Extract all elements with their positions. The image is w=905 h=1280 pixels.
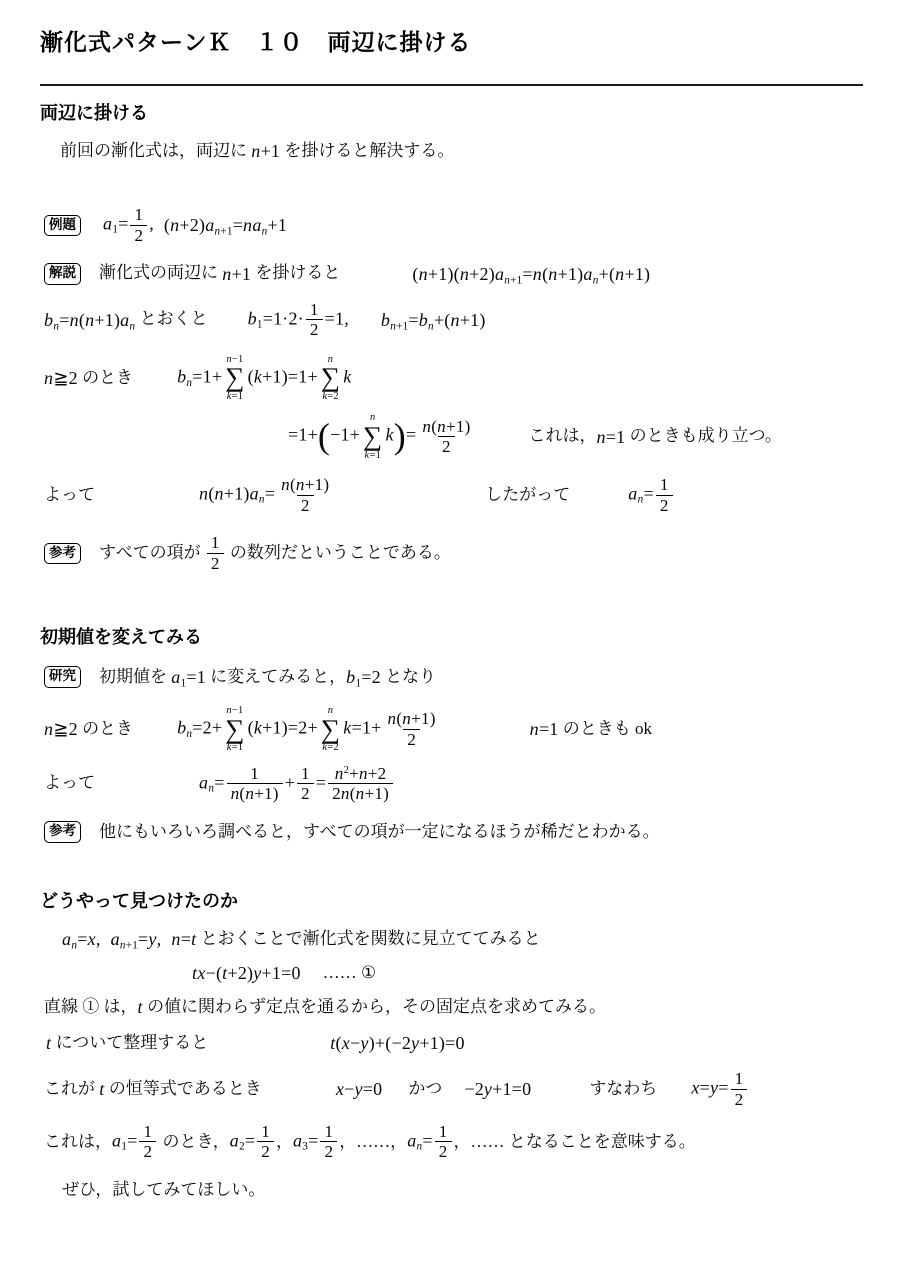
conclusion-line-2: よってan=1n(n+1)+12=n2+n+22n(n+1) (44, 764, 865, 804)
spacer (570, 495, 628, 496)
spacer (154, 225, 164, 226)
math-expression: a1=12, (103, 205, 154, 245)
spacer (133, 729, 177, 730)
spacer (208, 319, 248, 320)
spacer (81, 677, 99, 678)
spacer (95, 783, 199, 784)
spacer (442, 1089, 464, 1090)
text-run: ，…… となることを意味する。 (454, 1130, 696, 1155)
intro-line: 前回の漸化式は，両辺に n+1 を掛けると解決する。 (60, 137, 865, 165)
math-expression: n=1 (530, 716, 559, 742)
text-run: 漸化式の両辺に (99, 261, 222, 286)
math-expression: a1=12 (112, 1122, 158, 1162)
math-expression: an=1n(n+1)+12=n2+n+22n(n+1) (199, 764, 395, 804)
text-run: の恒等式であるとき (105, 1077, 262, 1102)
math-expression: (n+1)(n+2)an+1=n(n+1)an+(n+1) (412, 261, 650, 287)
text-run: の数列だということである。 (226, 541, 451, 566)
spacer (101, 939, 111, 940)
math-expression: b1=1·2·12=1, (248, 300, 349, 340)
math-expression: −2y+1=0 (464, 1076, 531, 1102)
math-expression: an+1=y, (111, 926, 162, 952)
text-run: を掛けると (251, 261, 340, 286)
text-run: のときも ok (559, 717, 653, 742)
text-run: のときも成り立つ。 (625, 424, 782, 449)
sum-derivation-line-2: =1+(−1+n∑k=1k)=n(n+1)2これは，n=1 のときも成り立つ。 (288, 412, 865, 461)
spacer (301, 973, 323, 974)
closing-line: ぜひ，試してみてほしい。 (62, 1176, 865, 1204)
math-expression: n≧2 (44, 716, 78, 742)
page-title: 漸化式パターンＫ １０ 両辺に掛ける (40, 28, 865, 58)
spacer (335, 495, 485, 496)
explanation-label: 解説 (44, 263, 81, 285)
math-expression: n≧2 (44, 365, 78, 391)
text-run: ， (276, 1130, 293, 1155)
reference-line-1: 参考すべての項が 12 の数列だということである。 (44, 533, 865, 573)
spacer (81, 553, 99, 554)
document-body: 両辺に掛ける前回の漸化式は，両辺に n+1 を掛けると解決する。例題a1=12,… (40, 102, 865, 1204)
function-setup-line: an=x,an+1=y,n=t とおくことで漸化式を関数に見立ててみると (62, 925, 865, 953)
reference-line-2: 参考他にもいろいろ調べると，すべての項が一定になるほうが稀だとわかる。 (44, 818, 865, 846)
math-expression: n+1 (222, 261, 251, 287)
text-run: 初期値を (99, 665, 171, 690)
spacer (81, 273, 99, 274)
spacer (382, 1089, 408, 1090)
math-expression: bn+1=bn+(n+1) (381, 307, 486, 333)
math-expression: a3=12 (293, 1122, 339, 1162)
text-run: を掛けると解決する。 (280, 139, 454, 164)
research-line: 研究初期値を a1=1 に変えてみると，b1=2 となり (44, 663, 865, 691)
math-expression: x−y=0 (336, 1076, 383, 1102)
math-expression: (n+2)an+1=nan+1 (164, 212, 287, 238)
line-equation-1: tx−(t+2)y+1=0…… ① (192, 959, 865, 987)
example-line: 例題a1=12,(n+2)an+1=nan+1 (44, 205, 865, 245)
sum-derivation-line-3: n≧2 のときbn=2+n−1∑k=1(k+1)=2+n∑k=2k=1+n(n+… (44, 705, 865, 754)
text-run: に変えてみると， (206, 665, 346, 690)
text-run: 他にもいろいろ調べると，すべての項が一定になるほうが稀だとわかる。 (99, 820, 660, 845)
conclusion-line-1: よってn(n+1)an=n(n+1)2したがってan=12 (44, 475, 865, 515)
math-expression: bn=1+n−1∑k=1(k+1)=1+n∑k=2k (177, 354, 352, 403)
math-expression: n(n+1)an=n(n+1)2 (199, 475, 335, 515)
text-run: のとき， (158, 1130, 230, 1155)
math-expression: tx−(t+2)y+1=0 (192, 960, 301, 986)
text-run: とおくことで漸化式を関数に見立ててみると (196, 927, 540, 952)
spacer (340, 273, 412, 274)
meaning-line: これは，a1=12 のとき，a2=12，a3=12，……，an=12，…… とな… (44, 1122, 865, 1162)
text-run: のとき (78, 366, 133, 391)
spacer (262, 1089, 336, 1090)
document-page: 漸化式パターンＫ １０ 両辺に掛ける 両辺に掛ける前回の漸化式は，両辺に n+1… (0, 0, 905, 1280)
text-run: について整理すると (51, 1031, 208, 1056)
section-heading-how-found: どうやって見つけたのか (40, 890, 865, 913)
explanation-line: 解説漸化式の両辺に n+1 を掛けると(n+1)(n+2)an+1=n(n+1)… (44, 260, 865, 288)
spacer (208, 1043, 330, 1044)
identity-line: これが t の恒等式であるときx−y=0かつ−2y+1=0すなわちx=y=12 (44, 1069, 865, 1109)
text-run: よって (44, 771, 95, 796)
math-expression: =1+(−1+n∑k=1k)=n(n+1)2 (288, 412, 476, 461)
text-run: ，……， (339, 1130, 407, 1155)
reference-label: 参考 (44, 821, 81, 843)
spacer (657, 1089, 691, 1090)
spacer (442, 729, 530, 730)
reference-label: 参考 (44, 543, 81, 565)
math-expression: an=12 (628, 475, 674, 515)
spacer (81, 831, 99, 832)
math-expression: x=y=12 (691, 1069, 749, 1109)
text-run: …… ① (323, 961, 377, 986)
text-run: すべての項が (99, 541, 205, 566)
math-expression: a1=1 (171, 664, 206, 690)
math-expression: bn=n(n+1)an (44, 307, 135, 333)
text-run: 前回の漸化式は，両辺に (60, 139, 251, 164)
spacer (476, 436, 528, 437)
sum-derivation-line-1: n≧2 のときbn=1+n−1∑k=1(k+1)=1+n∑k=2k (44, 354, 865, 403)
research-label: 研究 (44, 666, 81, 688)
math-expression: b1=2 (346, 664, 381, 690)
spacer (161, 939, 171, 940)
math-expression: an=x, (62, 926, 101, 952)
spacer (95, 495, 199, 496)
text-run: の値に関わらず定点を通るから，その固定点を求めてみる。 (143, 995, 606, 1020)
substitution-line: bn=n(n+1)an とおくとb1=1·2·12=1,bn+1=bn+(n+1… (44, 300, 865, 340)
rearrange-line: t について整理するとt(x−y)+(−2y+1)=0 (46, 1029, 865, 1057)
spacer (81, 225, 103, 226)
math-expression: a2=12 (230, 1122, 276, 1162)
math-expression: n=t (171, 926, 196, 952)
text-run: 直線 ① は， (44, 995, 138, 1020)
text-run: これは， (44, 1130, 112, 1155)
spacer (531, 1089, 589, 1090)
text-run: よって (44, 483, 95, 508)
math-expression: n+1 (251, 138, 280, 164)
text-run: のとき (78, 717, 133, 742)
text-run: となり (381, 665, 436, 690)
math-expression: bn=2+n−1∑k=1(k+1)=2+n∑k=2k=1+n(n+1)2 (177, 705, 442, 754)
spacer (349, 319, 381, 320)
math-expression: t(x−y)+(−2y+1)=0 (330, 1030, 464, 1056)
text-run: これが (44, 1077, 99, 1102)
section-heading-multiply-both-sides: 両辺に掛ける (40, 102, 865, 125)
text-run: かつ (408, 1077, 442, 1102)
text-run: ぜひ，試してみてほしい。 (62, 1178, 265, 1203)
fixed-point-line: 直線 ① は，t の値に関わらず定点を通るから，その固定点を求めてみる。 (44, 993, 865, 1021)
example-label: 例題 (44, 215, 81, 237)
title-divider (40, 84, 863, 86)
math-expression: an=12 (407, 1122, 453, 1162)
text-run: すなわち (589, 1077, 657, 1102)
spacer (133, 378, 177, 379)
text-run: したがって (485, 483, 570, 508)
section-heading-change-initial-value: 初期値を変えてみる (40, 626, 865, 649)
text-run: とおくと (135, 307, 207, 332)
math-expression: n=1 (596, 424, 625, 450)
text-run: これは， (528, 424, 596, 449)
math-expression: 12 (205, 533, 226, 573)
